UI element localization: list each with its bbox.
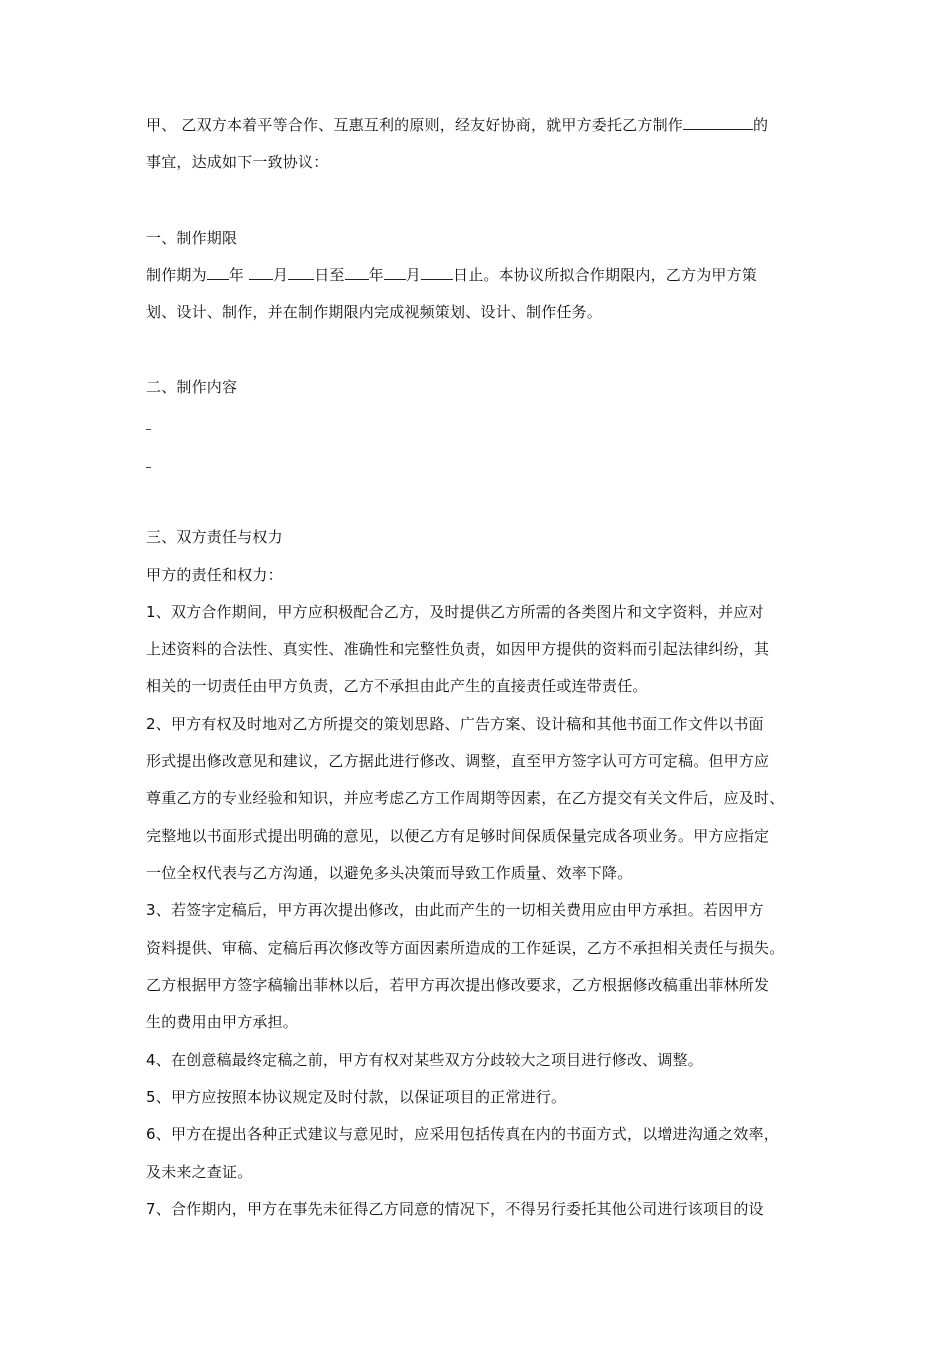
clause-line: 形式提出修改意见和建议，乙方据此进行修改、调整，直至甲方签字认可方可定稿。但甲方… <box>146 751 769 771</box>
period-text: 制作期为 <box>146 266 207 284</box>
clause-line: 上述资料的合法性、真实性、准确性和完整性负责，如因甲方提供的资料而引起法律纠纷，… <box>146 639 769 659</box>
blank-end-year <box>345 265 369 280</box>
content-item-2-dash <box>146 467 151 468</box>
clause-line: 相关的一切责任由甲方负责，乙方不承担由此产生的直接责任或连带责任。 <box>146 676 648 696</box>
section-3-subheading: 甲方的责任和权力： <box>146 565 283 585</box>
intro-text-end: 的 <box>753 116 768 134</box>
period-text: 年 <box>369 266 384 284</box>
period-text: 日至 <box>314 266 344 284</box>
intro-text: 甲、 乙双方本着平等合作、互惠互利的原则，经友好协商，就甲方委托乙方制作 <box>146 116 683 134</box>
clause-line: 1、双方合作期间，甲方应积极配合乙方，及时提供乙方所需的各类图片和文字资料，并应… <box>146 602 764 622</box>
period-line: 制作期为年 月日至年月日止。本协议所拟合作期限内，乙方为甲方策 <box>146 265 757 285</box>
clause-line: 一位全权代表与乙方沟通，以避免多头决策而导致工作质量、效率下降。 <box>146 863 632 883</box>
clause-line: 7、合作期内，甲方在事先未征得乙方同意的情况下，不得另行委托其他公司进行该项目的… <box>146 1199 764 1219</box>
content-item-1-dash <box>146 429 151 430</box>
clause-line: 5、甲方应按照本协议规定及时付款，以保证项目的正常进行。 <box>146 1087 566 1107</box>
clause-line: 乙方根据甲方签字稿输出菲林以后，若甲方再次提出修改要求，乙方根据修改稿重出菲林所… <box>146 975 769 995</box>
period-text: 日止。本协议所拟合作期限内，乙方为甲方策 <box>453 266 757 284</box>
clause-line: 尊重乙方的专业经验和知识，并应考虑乙方工作周期等因素，在乙方提交有关文件后，应及… <box>146 788 784 808</box>
blank-field-project <box>683 115 753 130</box>
blank-start-month <box>249 265 273 280</box>
document-page: 甲、 乙双方本着平等合作、互惠互利的原则，经友好协商，就甲方委托乙方制作的 事宜… <box>0 0 950 1346</box>
clause-line: 3、若签字定稿后，甲方再次提出修改，由此而产生的一切相关费用应由甲方承担。若因甲… <box>146 900 764 920</box>
clause-line: 资料提供、审稿、定稿后再次修改等方面因素所造成的工作延误，乙方不承担相关责任与损… <box>146 938 784 958</box>
clause-line: 6、甲方在提出各种正式建议与意见时，应采用包括传真在内的书面方式，以增进沟通之效… <box>146 1124 779 1144</box>
period-text: 年 <box>229 266 249 284</box>
section-1-line-2: 划、设计、制作，并在制作期限内完成视频策划、设计、制作任务。 <box>146 302 602 322</box>
section-3-heading: 三、双方责任与权力 <box>146 527 283 547</box>
blank-start-year <box>207 265 229 280</box>
clause-line: 生的费用由甲方承担。 <box>146 1012 298 1032</box>
blank-end-month <box>384 265 406 280</box>
section-1-heading: 一、制作期限 <box>146 228 237 248</box>
clause-line: 完整地以书面形式提出明确的意见，以便乙方有足够时间保质保量完成各项业务。甲方应指… <box>146 826 769 846</box>
clause-line: 4、在创意稿最终定稿之前，甲方有权对某些双方分歧较大之项目进行修改、调整。 <box>146 1050 703 1070</box>
clause-line: 2、甲方有权及时地对乙方所提交的策划思路、广告方案、设计稿和其他书面工作文件以书… <box>146 714 764 734</box>
intro-line-2: 事宜，达成如下一致协议： <box>146 152 328 172</box>
intro-line-1: 甲、 乙双方本着平等合作、互惠互利的原则，经友好协商，就甲方委托乙方制作的 <box>146 115 768 135</box>
blank-end-day <box>421 265 453 280</box>
period-text: 月 <box>273 266 288 284</box>
section-2-heading: 二、制作内容 <box>146 377 237 397</box>
period-text: 月 <box>406 266 421 284</box>
blank-start-day <box>288 265 314 280</box>
clause-line: 及未来之查证。 <box>146 1162 252 1182</box>
